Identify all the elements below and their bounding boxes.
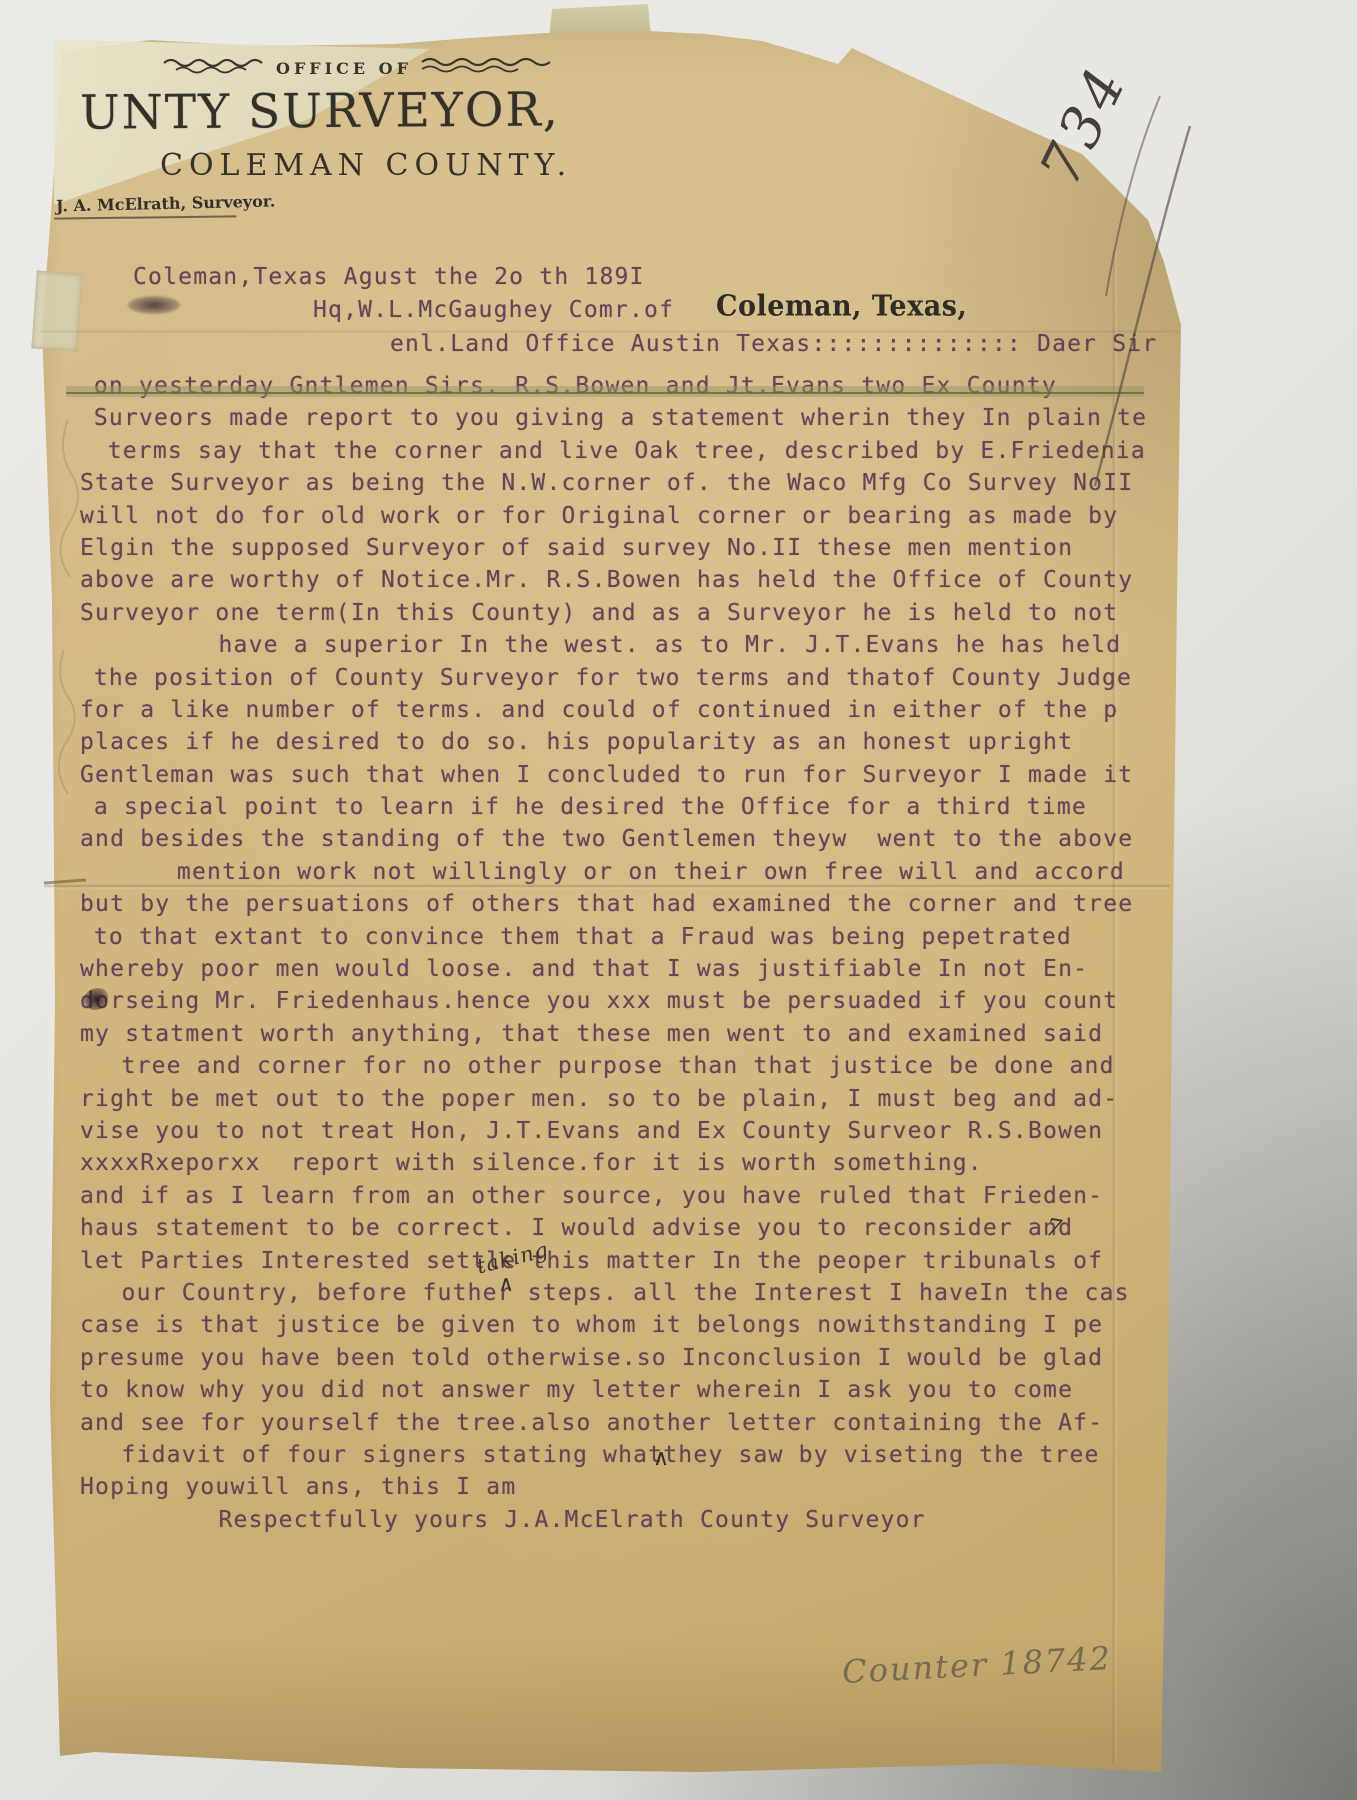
letter-line: let Parties Interested settle this matte… — [80, 1245, 1180, 1277]
letter-line: my statment worth anything, that these m… — [80, 1018, 1180, 1050]
letter-line: Surveors made report to you giving a sta… — [80, 402, 1180, 434]
affidavit-caret-mark: ∧ — [653, 1446, 669, 1471]
letter-line: tree and corner for no other purpose tha… — [80, 1050, 1180, 1082]
insert-caret-mark: ∧ — [498, 1272, 514, 1297]
letter-line: terms say that the corner and live Oak t… — [80, 435, 1180, 467]
letter-line: Surveyor one term(In this County) and as… — [80, 597, 1180, 629]
printed-city-stamp: Coleman, Texas, — [716, 290, 967, 323]
letter-line: on yesterday Gntlemen Sirs. R.S.Bowen an… — [80, 370, 1180, 402]
tape-patch-left-edge — [31, 270, 82, 351]
letter-line: and see for yourself the tree.also anoth… — [80, 1407, 1180, 1439]
letter-line: places if he desired to do so. his popul… — [80, 726, 1180, 758]
letter-line: and besides the standing of the two Gent… — [80, 823, 1180, 855]
letter-line: and if as I learn from an other source, … — [80, 1180, 1180, 1212]
letter-line: our Country, before futher steps. all th… — [80, 1277, 1180, 1309]
letterhead-office-row: OFFICE OF — [158, 55, 570, 81]
letter-line: Gentleman was such that when I concluded… — [80, 759, 1180, 791]
letter-line: Elgin the supposed Surveyor of said surv… — [80, 532, 1180, 564]
letter-line: but by the persuations of others that ha… — [80, 888, 1180, 920]
letter-line: have a superior In the west. as to Mr. J… — [80, 629, 1180, 661]
letter-line: will not do for old work or for Original… — [80, 500, 1180, 532]
flourish-left-icon — [158, 55, 268, 81]
letterhead-title: UNTY SURVEYOR, — [80, 82, 560, 140]
letter-line: Respectfully yours J.A.McElrath County S… — [80, 1504, 1180, 1536]
letter-line: case is that justice be given to whom it… — [80, 1309, 1180, 1341]
letter-line: a special point to learn if he desired t… — [80, 791, 1180, 823]
letter-line: the position of County Surveyor for two … — [80, 662, 1180, 694]
flourish-right-icon — [420, 55, 570, 81]
ink-smudge — [128, 296, 180, 314]
letter-line: mention work not willingly or on their o… — [80, 856, 1180, 888]
letter-line: above are worthy of Notice.Mr. R.S.Bowen… — [80, 564, 1180, 596]
letter-line: haus statement to be correct. I would ad… — [80, 1212, 1180, 1244]
letterhead-office-of: OFFICE OF — [276, 59, 412, 78]
dateline: Coleman,Texas Agust the 2o th 189I — [133, 264, 645, 290]
letter-line: xxxxRxeporxx report with silence.for it … — [80, 1147, 1180, 1179]
pen-flourish-stroke — [1040, 86, 1200, 510]
letter-line: dorseing Mr. Friedenhaus.hence you xxx m… — [80, 985, 1180, 1017]
letter-line: presume you have been told otherwise.so … — [80, 1342, 1180, 1374]
letter-line: right be met out to the poper men. so to… — [80, 1083, 1180, 1115]
letter-line: to know why you did not answer my letter… — [80, 1374, 1180, 1406]
letter-line: fidavit of four signers stating whatthey… — [80, 1439, 1180, 1471]
scanned-letter-page: OFFICE OF UNTY SURVEYOR, COLEMAN COUNTY.… — [0, 0, 1357, 1800]
letter-line: State Surveyor as being the N.W.corner o… — [80, 467, 1180, 499]
margin-pencil-scribble — [48, 410, 98, 834]
letter-line: whereby poor men would loose. and that I… — [80, 953, 1180, 985]
letter-line: for a like number of terms. and could of… — [80, 694, 1180, 726]
letter-line: to that extant to convince them that a F… — [80, 921, 1180, 953]
letterhead-county: COLEMAN COUNTY. — [160, 148, 572, 183]
letter-body: on yesterday Gntlemen Sirs. R.S.Bowen an… — [80, 370, 1180, 1536]
letter-line: Hoping youwill ans, this I am — [80, 1471, 1180, 1503]
letter-line: vise you to not treat Hon, J.T.Evans and… — [80, 1115, 1180, 1147]
addressee-line: Hq,W.L.McGaughey Comr.of — [313, 297, 674, 323]
